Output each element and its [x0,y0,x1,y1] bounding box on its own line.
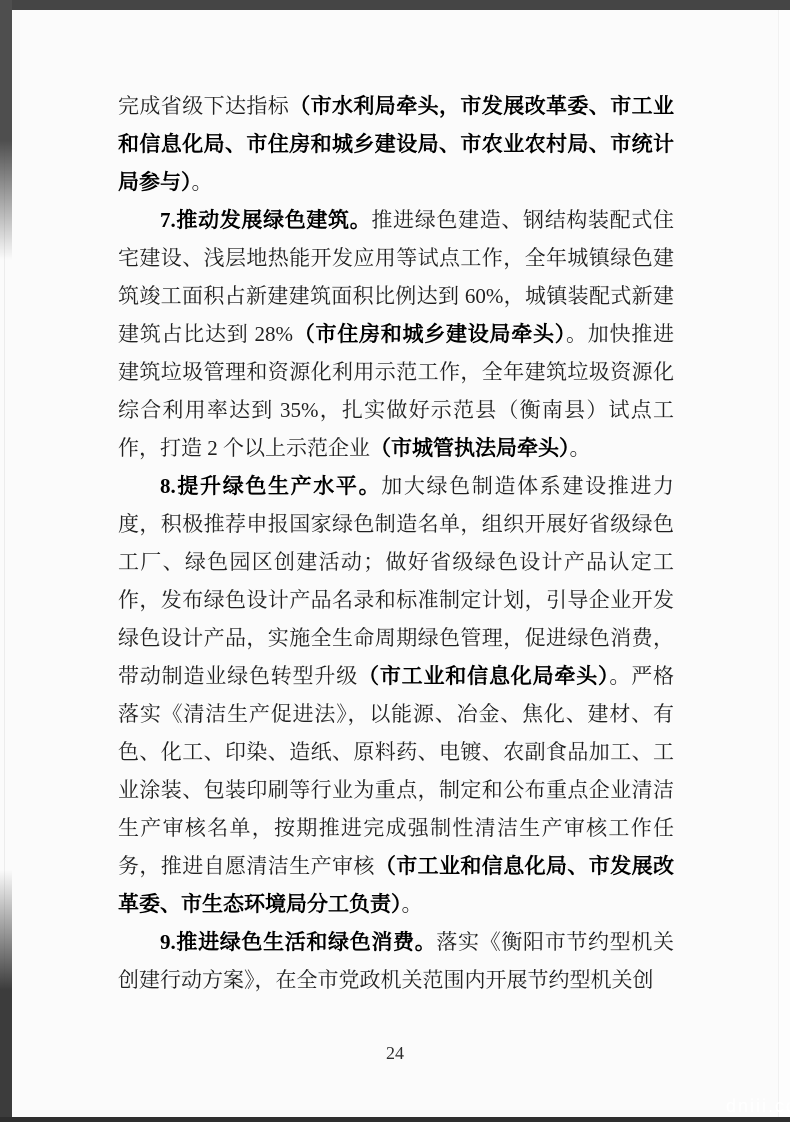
bold-text-run: 7.推动发展绿色建筑。 [160,208,371,232]
bold-text-run: （市城管执法局牵头） [370,436,570,460]
bold-text-run: （市工业和信息化局牵头） [358,664,609,688]
paragraph: 9.推进绿色生活和绿色消费。落实《衡阳市节约型机关创建行动方案》，在全市党政机关… [118,923,674,999]
text-run: 加大绿色制造体系建设推进力度，积极推荐申报国家绿色制造名单，组织开展好省级绿色工… [118,474,674,688]
document-page: 完成省级下达指标（市水利局牵头，市发展改革委、市工业和信息化局、市住房和城乡建设… [0,0,790,1122]
text-run: 。 [192,170,213,194]
page-number: 24 [0,1043,790,1064]
text-run: 。 [402,892,423,916]
page-edge-top [0,0,790,10]
page-edge-bottom [0,1117,790,1122]
bold-text-run: 8.提升绿色生产水平。 [160,474,381,498]
page-edge-left [0,0,12,1122]
text-run: 完成省级下达指标 [118,94,289,118]
text-run: 。严格落实《清洁生产促进法》，以能源、冶金、焦化、建材、有色、化工、印染、造纸、… [118,664,674,878]
page-right-seam [778,0,790,1122]
watermark-text: dniii.co [726,1096,790,1117]
document-body: 完成省级下达指标（市水利局牵头，市发展改革委、市工业和信息化局、市住房和城乡建设… [118,87,674,999]
bold-text-run: （市住房和城乡建设局牵头） [293,322,566,346]
paragraph: 8.提升绿色生产水平。加大绿色制造体系建设推进力度，积极推荐申报国家绿色制造名单… [118,467,674,923]
text-run: 。 [570,436,591,460]
paragraph: 完成省级下达指标（市水利局牵头，市发展改革委、市工业和信息化局、市住房和城乡建设… [118,87,674,201]
bold-text-run: 9.推进绿色生活和绿色消费。 [160,930,436,954]
paragraph: 7.推动发展绿色建筑。推进绿色建造、钢结构装配式住宅建设、浅层地热能开发应用等试… [118,201,674,467]
